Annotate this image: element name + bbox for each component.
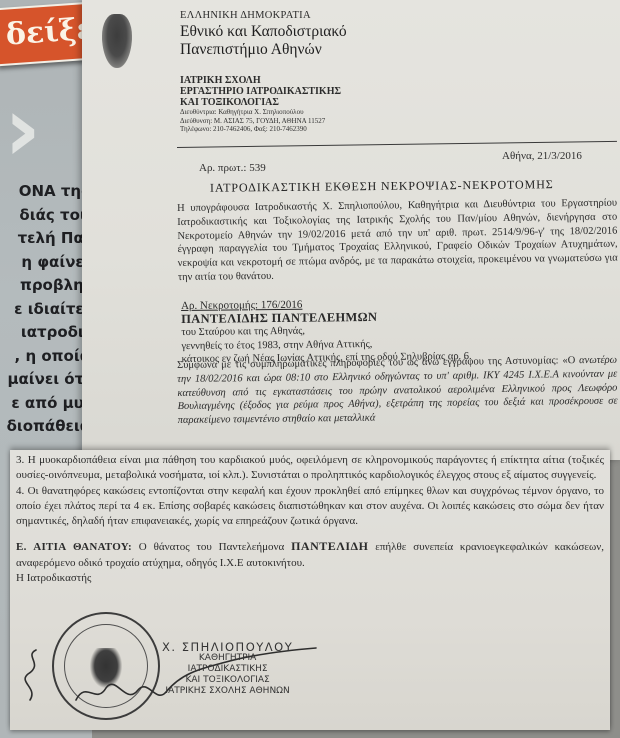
lab-name-line2: ΚΑΙ ΤΟΞΙΚΟΛΟΓΙΑΣ [180, 97, 600, 108]
cause-surname: ΠΑΝΤΕΛΙΔΗ [291, 539, 368, 553]
protocol-number: Αρ. πρωτ.: 539 [199, 162, 266, 174]
autopsy-report-page: ΕΛΛΗΝΙΚΗ ΔΗΜΟΚΡΑΤΙΑ Εθνικό και Καποδιστρ… [82, 0, 620, 460]
cause-label: Ε. ΑΙΤΙΑ ΘΑΝΑΤΟΥ: [16, 541, 132, 553]
police-intro: Σύμφωνα με τις συμπληρωματικές πληροφορί… [177, 355, 575, 371]
cause-text-pre: Ο θάνατος του Παντελεήμονα [132, 541, 291, 553]
article-line: ε ιδιαίτε- [0, 298, 90, 322]
republic-heading: ΕΛΛΗΝΙΚΗ ΔΗΜΟΚΡΑΤΙΑ [180, 10, 600, 21]
finding-point-3: 3. Η μυοκαρδιοπάθεια είναι μια πάθηση το… [16, 453, 604, 484]
university-name-line1: Εθνικό και Καποδιστριακό [180, 23, 600, 41]
document-title: ΙΑΤΡΟΔΙΚΑΣΤΙΚΗ ΕΚΘΕΣΗ ΝΕΚΡΟΨΙΑΣ-ΝΕΚΡΟΤΟΜ… [210, 177, 554, 196]
signature-label: Η Ιατροδικαστής [16, 571, 604, 586]
article-line: διάς του [0, 204, 90, 228]
signer-school: ΙΑΤΡΙΚΗΣ ΣΧΟΛΗΣ ΑΘΗΝΩΝ [162, 686, 293, 697]
signer-name: Χ. ΣΠΗΛΙΟΠΟΥΛΟΥ [162, 642, 293, 653]
document-date: Αθήνα, 21/3/2016 [502, 150, 582, 162]
article-line: προβλη- [0, 274, 90, 298]
finding-point-4: 4. Οι θανατηφόρες κακώσεις εντοπίζονται … [16, 484, 604, 530]
intro-paragraph: Η υπογράφουσα Ιατροδικαστής Χ. Σπηλιοπού… [177, 197, 618, 285]
article-line: ιατροδι- [0, 321, 90, 345]
letterhead: ΕΛΛΗΝΙΚΗ ΔΗΜΟΚΡΑΤΙΑ Εθνικό και Καποδιστρ… [180, 10, 600, 134]
article-line: τελή Πα- [0, 227, 90, 251]
cause-of-death: Ε. ΑΙΤΙΑ ΘΑΝΑΤΟΥ: Ο θάνατος του Παντελεή… [16, 539, 604, 571]
signer-dept-line1: ΙΑΤΡΟΔΙΚΑΣΤΙΚΗΣ [162, 664, 293, 675]
signer-title: ΚΑΘΗΓΗΤΡΙΑ [162, 653, 293, 664]
university-name-line2: Πανεπιστήμιο Αθηνών [180, 41, 600, 59]
address-line: Διεύθυνση: Μ. ΑΣΙΑΣ 75, ΓΟΥΔΗ, ΑΘΗΝΑ 115… [180, 117, 600, 126]
article-line: διοπάθεια [0, 415, 90, 439]
phone-line: Τηλέφωνο: 210-7462406, Φαξ: 210-7462390 [180, 125, 600, 134]
signer-block: Χ. ΣΠΗΛΙΟΠΟΥΛΟΥ ΚΑΘΗΓΗΤΡΙΑ ΙΑΤΡΟΔΙΚΑΣΤΙΚ… [162, 642, 293, 697]
chevron-right-icon: › [4, 90, 60, 170]
university-emblem-icon [102, 14, 132, 68]
findings-clipping: 3. Η μυοκαρδιοπάθεια είναι μια πάθηση το… [10, 450, 610, 730]
header-divider [177, 141, 617, 148]
lab-name-line1: ΕΡΓΑΣΤΗΡΙΟ ΙΑΤΡΟΔΙΚΑΣΤΙΚΗΣ [180, 86, 600, 97]
article-line: μαίνει ότι [0, 368, 90, 392]
article-line: η φαίνε- [0, 251, 90, 275]
signer-dept-line2: ΚΑΙ ΤΟΞΙΚΟΛΟΓΙΑΣ [162, 675, 293, 686]
findings-text: 3. Η μυοκαρδιοπάθεια είναι μια πάθηση το… [16, 453, 604, 586]
article-line: ε από μυ- [0, 392, 90, 416]
newspaper-article-text: ΟΝΑ της διάς του τελή Πα- η φαίνε- προβλ… [0, 180, 92, 439]
article-line: ΟΝΑ της [0, 180, 90, 204]
director-line: Διευθύντρια: Καθηγήτρια Χ. Σπηλιοπούλου [180, 108, 600, 117]
school-name: ΙΑΤΡΙΚΗ ΣΧΟΛΗ [180, 75, 600, 86]
police-report-paragraph: Σύμφωνα με τις συμπληρωματικές πληροφορί… [177, 354, 618, 428]
article-line: , η οποία [0, 345, 90, 369]
